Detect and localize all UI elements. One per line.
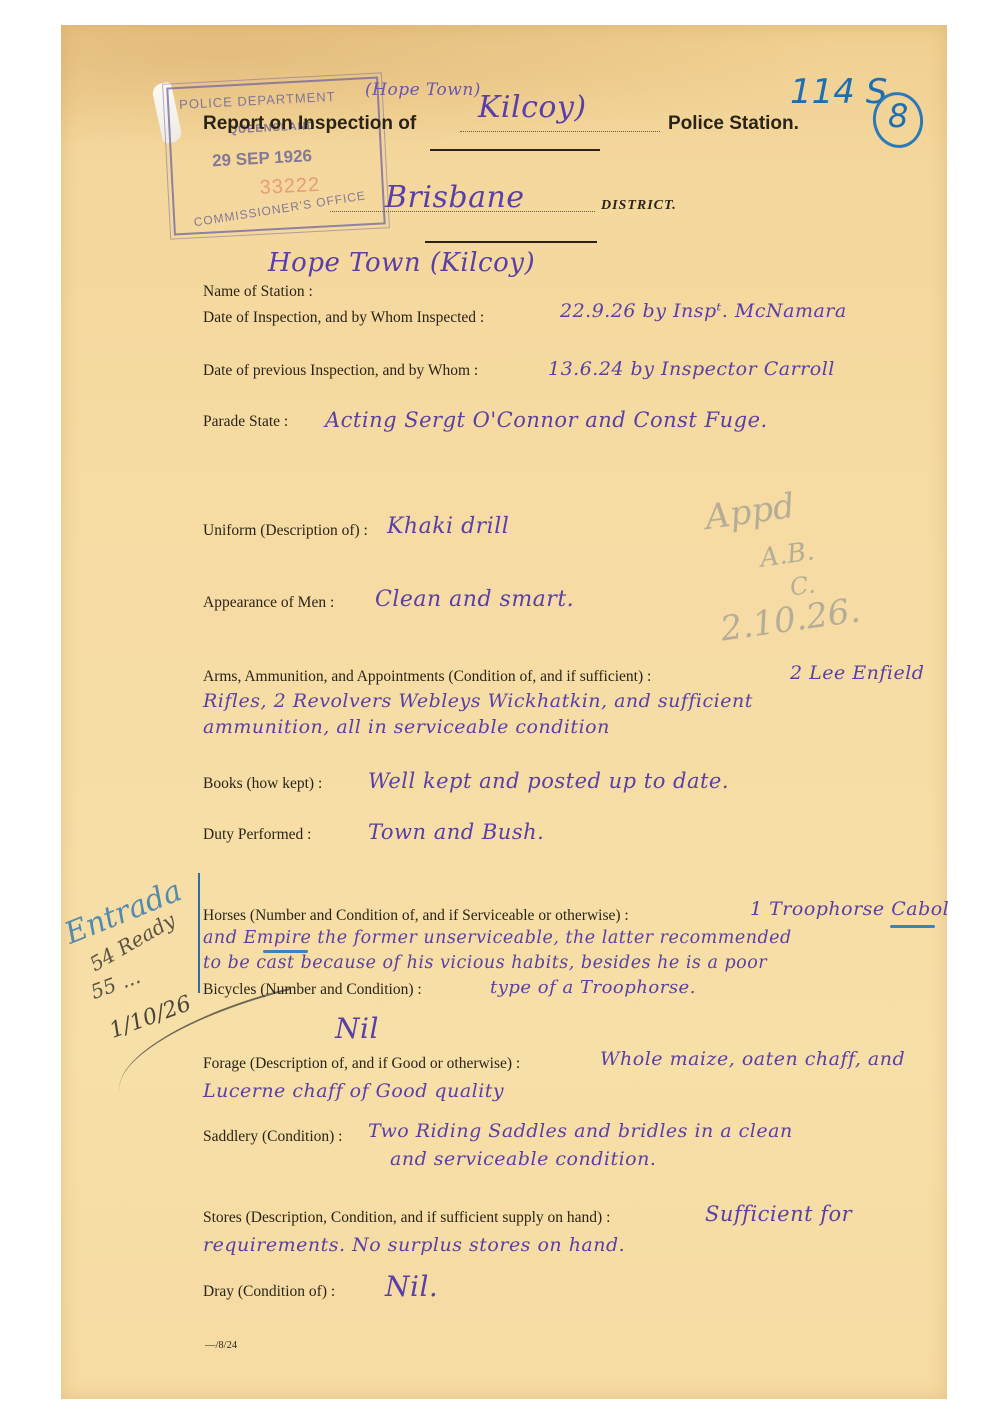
horse-name-underline-1 bbox=[263, 950, 308, 953]
header-rule bbox=[430, 149, 600, 151]
horse-name-underline-2 bbox=[890, 925, 935, 928]
value-forage-line-1: Whole maize, oaten chaff, and bbox=[600, 1048, 905, 1070]
form-code: —/8/24 bbox=[205, 1340, 237, 1351]
stamp-date: 29 SEP 1926 bbox=[212, 146, 313, 171]
label-date-of-inspection: Date of Inspection, and by Whom Inspecte… bbox=[203, 309, 484, 327]
value-forage-line-2: Lucerne chaff of Good quality bbox=[203, 1080, 504, 1102]
label-duty-performed: Duty Performed : bbox=[203, 826, 311, 844]
value-date-of-inspection: 22.9.26 by Inspᵗ. McNamara bbox=[560, 300, 847, 322]
value-name-of-station: Hope Town (Kilcoy) bbox=[268, 248, 535, 278]
value-saddlery-line-1: Two Riding Saddles and bridles in a clea… bbox=[368, 1120, 793, 1142]
station-dotted-line bbox=[460, 131, 660, 132]
label-parade-state: Parade State : bbox=[203, 413, 288, 431]
value-horses-line-1: 1 Troophorse Cabol bbox=[750, 898, 949, 920]
value-dray: Nil. bbox=[385, 1270, 438, 1303]
label-forage: Forage (Description of, and if Good or o… bbox=[203, 1055, 520, 1073]
label-books: Books (how kept) : bbox=[203, 775, 322, 793]
margin-bracket-line bbox=[198, 873, 200, 993]
label-arms: Arms, Ammunition, and Appointments (Cond… bbox=[203, 668, 651, 686]
value-arms-line-1: 2 Lee Enfield bbox=[790, 662, 924, 684]
stamp-line-1: POLICE DEPARTMENT bbox=[179, 89, 336, 112]
value-horses-line-4: type of a Troophorse. bbox=[490, 977, 696, 998]
value-previous-inspection: 13.6.24 by Inspector Carroll bbox=[548, 358, 835, 380]
label-stores: Stores (Description, Condition, and if s… bbox=[203, 1209, 610, 1227]
report-title-prefix: Report on Inspection of bbox=[203, 113, 416, 135]
label-saddlery: Saddlery (Condition) : bbox=[203, 1128, 343, 1146]
value-parade-state: Acting Sergt O'Connor and Const Fuge. bbox=[325, 408, 768, 432]
label-dray: Dray (Condition of) : bbox=[203, 1283, 335, 1301]
value-bicycles: Nil bbox=[335, 1012, 379, 1045]
label-uniform: Uniform (Description of) : bbox=[203, 522, 368, 540]
report-title-suffix: Police Station. bbox=[668, 113, 799, 135]
value-saddlery-line-2: and serviceable condition. bbox=[390, 1148, 656, 1170]
reference-number: 114 S bbox=[790, 72, 887, 112]
station-handwritten: Kilcoy) bbox=[478, 90, 587, 125]
value-arms-line-2: Rifles, 2 Revolvers Webleys Wickhatkin, … bbox=[203, 690, 753, 712]
district-rule bbox=[425, 241, 597, 243]
district-label-text: DISTRICT. bbox=[601, 198, 677, 214]
value-duty-performed: Town and Bush. bbox=[368, 820, 544, 844]
folio-number: 8 bbox=[888, 97, 908, 135]
value-horses-line-2: and Empire the former unserviceable, the… bbox=[203, 928, 792, 948]
district-handwritten: Brisbane bbox=[385, 180, 525, 215]
station-annotation: (Hope Town) bbox=[365, 80, 481, 100]
value-appearance: Clean and smart. bbox=[375, 587, 574, 612]
label-previous-inspection: Date of previous Inspection, and by Whom… bbox=[203, 362, 478, 380]
label-appearance: Appearance of Men : bbox=[203, 594, 334, 612]
label-name-of-station: Name of Station : bbox=[203, 283, 313, 301]
value-books: Well kept and posted up to date. bbox=[368, 769, 729, 793]
value-stores-line-1: Sufficient for bbox=[705, 1202, 852, 1226]
value-uniform: Khaki drill bbox=[387, 514, 509, 539]
value-arms-line-3: ammunition, all in serviceable condition bbox=[203, 716, 610, 738]
label-horses: Horses (Number and Condition of, and if … bbox=[203, 907, 629, 925]
label-bicycles: Bicycles (Number and Condition) : bbox=[203, 981, 422, 999]
value-stores-line-2: requirements. No surplus stores on hand. bbox=[203, 1234, 625, 1256]
value-horses-line-3: to be cast because of his vicious habits… bbox=[203, 953, 767, 973]
